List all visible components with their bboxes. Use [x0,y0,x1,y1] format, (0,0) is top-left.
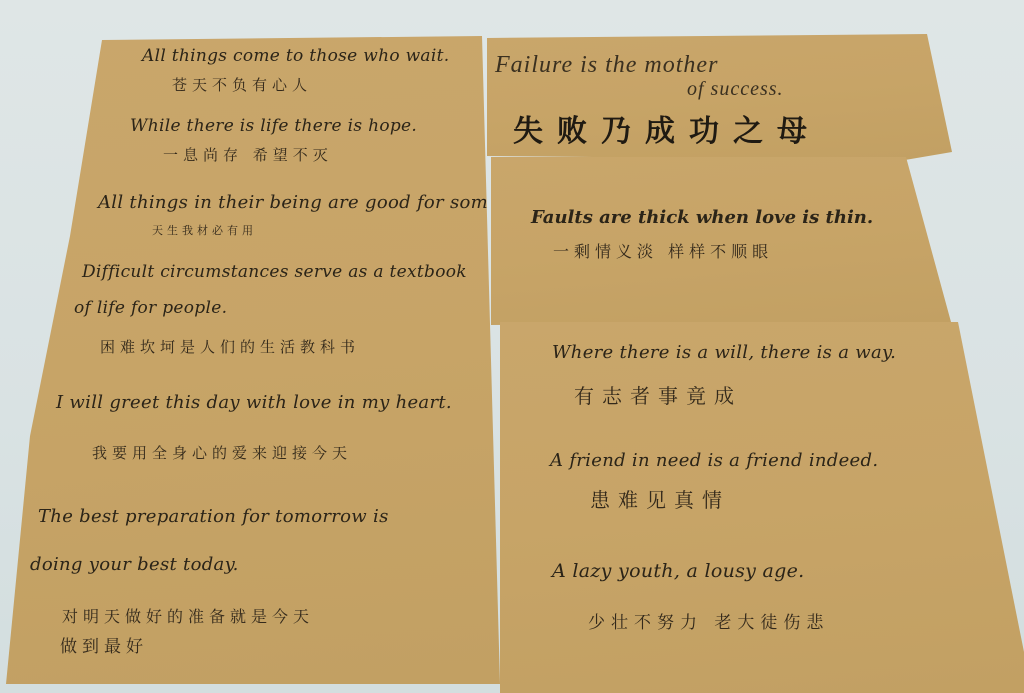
proverb-zh: 少壮不努力 老大徒伤悲 [588,608,829,633]
proverb-zh: 一剩情义淡 样样不顺眼 [553,239,773,262]
paper-sheet-top-right: Failure is the mother of success. 失败乃成功之… [487,34,952,160]
proverb-en-line2: doing your best today. [30,554,239,575]
paper-sheet-bottom-right: Where there is a will, there is a way. 有… [500,322,1024,693]
proverb-en: Where there is a will, there is a way. [552,342,896,363]
proverb-en: While there is life there is hope. [130,116,417,136]
proverb-en: Faults are thick when love is thin. [531,207,873,228]
proverb-en-line2: of life for people. [74,298,227,318]
proverb-en: I will greet this day with love in my he… [56,392,452,413]
proverb-en-line1: Failure is the mother [495,52,718,79]
proverb-zh: 困难坎坷是人们的生活教科书 [100,336,360,357]
proverb-zh: 失败乃成功之母 [513,106,821,150]
proverb-zh-line2: 做到最好 [60,632,148,657]
proverb-zh-line1: 对明天做好的准备就是今天 [62,604,314,627]
proverb-zh: 有志者事竟成 [574,380,742,409]
paper-sheet-mid-right: Faults are thick when love is thin. 一剩情义… [491,157,951,325]
proverb-zh: 我要用全身心的爱来迎接今天 [92,442,352,463]
proverb-zh: 天生我材必有用 [152,222,257,238]
proverb-en: A friend in need is a friend indeed. [550,450,878,471]
proverb-en: A lazy youth, a lousy age. [552,560,805,582]
paper-sheet-left: All things come to those who wait. 苍天不负有… [0,36,500,684]
proverb-en-line1: Difficult circumstances serve as a textb… [82,262,467,282]
proverb-en: All things in their being are good for s… [98,192,554,213]
proverb-zh: 苍天不负有心人 [172,74,312,95]
proverb-zh: 患难见真情 [590,484,730,513]
proverb-en-line1: The best preparation for tomorrow is [38,506,389,527]
proverb-zh: 一息尚存 希望不灭 [163,144,333,165]
proverb-en-line2: of success. [687,78,784,101]
proverb-en: All things come to those who wait. [142,46,449,66]
